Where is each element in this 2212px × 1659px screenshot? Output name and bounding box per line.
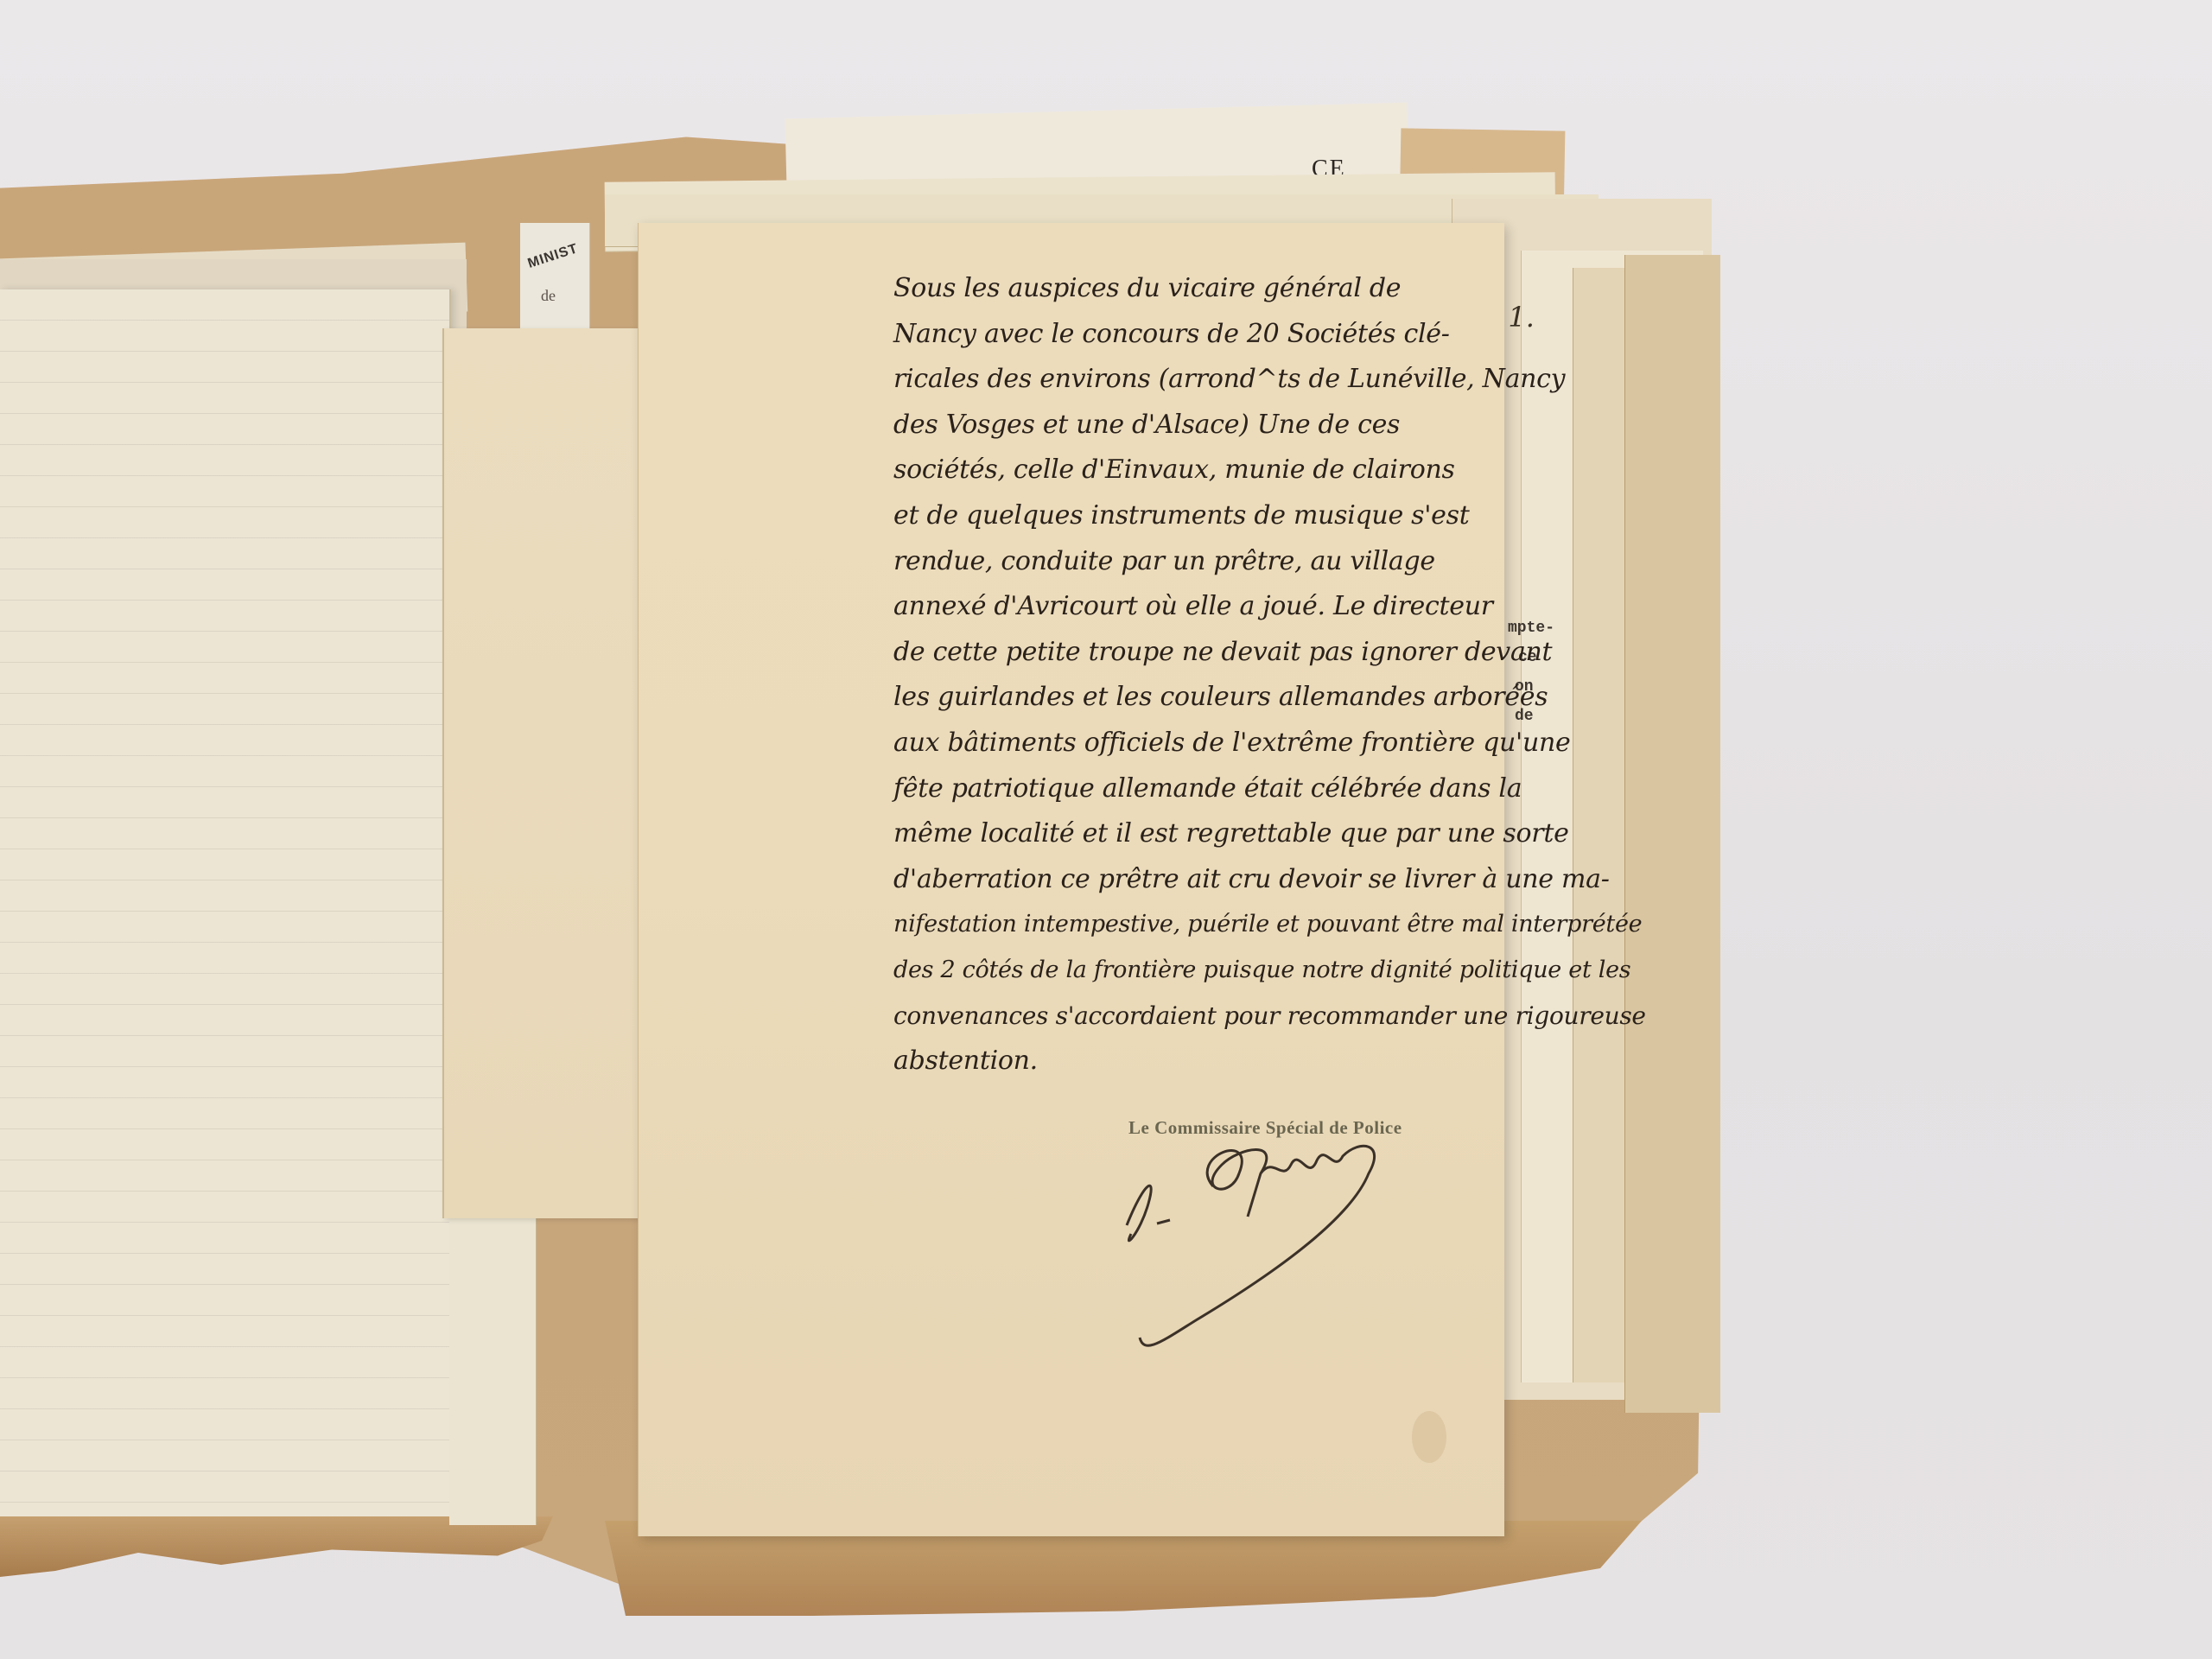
handwritten-letter-page: Sous les auspices du vicaire général de … (638, 223, 1504, 1536)
letter-line: Nancy avec le concours de 20 Sociétés cl… (893, 312, 1490, 358)
letter-line: nifestation intempestive, puérile et pou… (893, 902, 1490, 948)
letter-line: aux bâtiments officiels de l'extrême fro… (893, 721, 1490, 766)
archival-photo-scene: CE 11. mpte- ce on de MINIST de Sous les… (0, 0, 2212, 1659)
letter-line: rendue, conduite par un prêtre, au villa… (893, 539, 1490, 585)
letter-line: fête patriotique allemande était célébré… (893, 766, 1490, 812)
letter-line: même localité et il est regrettable que … (893, 811, 1490, 857)
letter-line: des 2 côtés de la frontière puisque notr… (893, 948, 1490, 994)
folded-middle-sheet (442, 328, 652, 1218)
ruled-notebook-page (0, 289, 451, 1525)
letter-line: abstention. (893, 1039, 1490, 1084)
letter-line: Sous les auspices du vicaire général de (893, 266, 1490, 312)
right-paper-stack-edge (1624, 255, 1720, 1413)
paper-stain (1412, 1411, 1446, 1463)
typewritten-fragments: mpte- ce on de (1508, 613, 1611, 731)
letter-line: d'aberration ce prêtre ait cru devoir se… (893, 857, 1490, 903)
letter-body: Sous les auspices du vicaire général de … (893, 266, 1490, 1084)
letter-line: annexé d'Avricourt où elle a joué. Le di… (893, 584, 1490, 630)
letter-line: les guirlandes et les couleurs allemande… (893, 675, 1490, 721)
signature-flourish-icon (1109, 1122, 1438, 1363)
letter-line: sociétés, celle d'Einvaux, munie de clai… (893, 448, 1490, 493)
letter-line: de cette petite troupe ne devait pas ign… (893, 630, 1490, 676)
letter-line: des Vosges et une d'Alsace) Une de ces (893, 403, 1490, 448)
ministry-letterhead-slip: MINIST de (520, 223, 590, 344)
ministry-header-text: MINIST (526, 241, 581, 272)
signature (1109, 1122, 1438, 1363)
ministry-sub-text: de (541, 287, 556, 305)
folder-torn-left-edge (0, 1516, 553, 1577)
letter-line: convenances s'accordaient pour recommand… (893, 994, 1490, 1039)
inserted-sheet-lower (449, 1214, 537, 1525)
letter-line: et de quelques instruments de musique s'… (893, 493, 1490, 539)
letter-line: ricales des environs (arrond^ts de Lunév… (893, 357, 1490, 403)
